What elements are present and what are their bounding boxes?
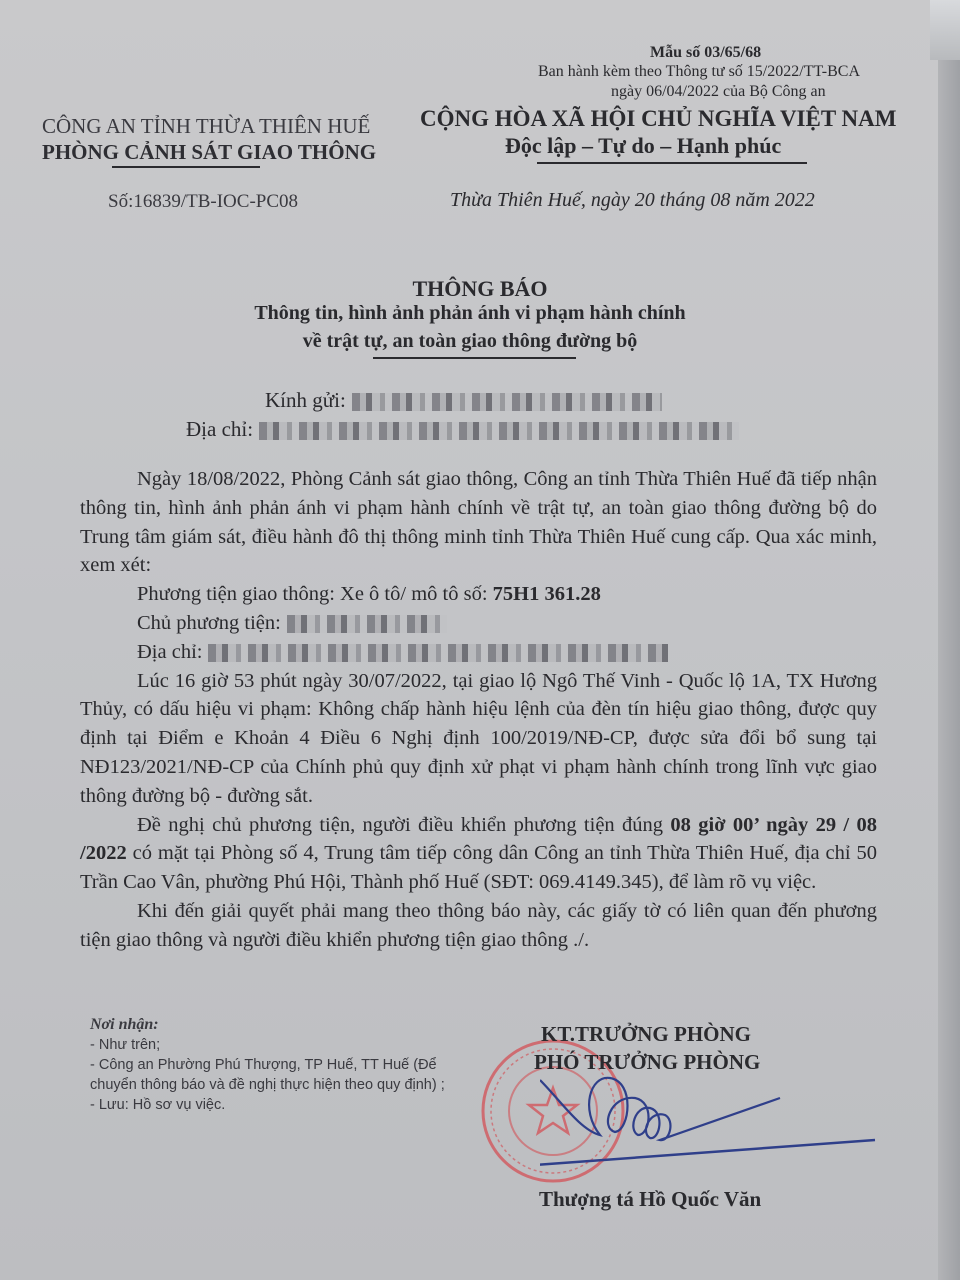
intro-paragraph: Ngày 18/08/2022, Phòng Cảnh sát giao thô… bbox=[80, 465, 877, 580]
redacted-owner bbox=[287, 615, 447, 633]
violation-paragraph: Lúc 16 giờ 53 phút ngày 30/07/2022, tại … bbox=[80, 667, 877, 811]
closing-paragraph: Khi đến giải quyết phải mang theo thông … bbox=[80, 897, 877, 955]
department-name: PHÒNG CẢNH SÁT GIAO THÔNG bbox=[42, 140, 376, 165]
recipient-address-line: Địa chỉ: bbox=[186, 417, 739, 442]
recipient-item: - Như trên; bbox=[90, 1035, 450, 1055]
form-reference-line1: Ban hành kèm theo Thông tư số 15/2022/TT… bbox=[538, 63, 860, 81]
document-subtitle-line2: về trật tự, an toàn giao thông đường bộ bbox=[0, 330, 940, 353]
motto-underline bbox=[537, 162, 807, 164]
signature-title-line1: KT.TRƯỞNG PHÒNG bbox=[541, 1022, 751, 1047]
address-label: Địa chỉ: bbox=[186, 417, 253, 441]
body-text: Ngày 18/08/2022, Phòng Cảnh sát giao thô… bbox=[80, 465, 877, 955]
national-title: CỘNG HÒA XÃ HỘI CHỦ NGHĨA VIỆT NAM bbox=[420, 106, 896, 132]
owner-address-label: Địa chỉ: bbox=[137, 641, 202, 663]
place-date: Thừa Thiên Huế, ngày 20 tháng 08 năm 202… bbox=[450, 189, 815, 212]
document-number: Số:16839/TB-IOC-PC08 bbox=[108, 191, 298, 213]
document-subtitle-line1: Thông tin, hình ảnh phản ánh vi phạm hàn… bbox=[0, 302, 940, 325]
recipient-line: Kính gửi: bbox=[265, 388, 662, 413]
redacted-address bbox=[259, 422, 739, 440]
recipients-heading: Nơi nhận: bbox=[90, 1015, 450, 1035]
redacted-recipient bbox=[352, 393, 662, 411]
signer-name: Thượng tá Hồ Quốc Văn bbox=[539, 1187, 761, 1212]
document-title: THÔNG BÁO bbox=[0, 276, 960, 302]
paper-edge bbox=[938, 0, 960, 1280]
vehicle-line: Phương tiện giao thông: Xe ô tô/ mô tô s… bbox=[80, 580, 877, 609]
paper-corner bbox=[930, 0, 960, 60]
vehicle-label: Phương tiện giao thông: Xe ô tô/ mô tô s… bbox=[137, 583, 488, 605]
recipient-label: Kính gửi: bbox=[265, 388, 346, 412]
form-reference-line2: ngày 06/04/2022 của Bộ Công an bbox=[611, 83, 826, 101]
handwritten-signature bbox=[540, 1070, 880, 1180]
recipient-item: - Công an Phường Phú Thượng, TP Huế, TT … bbox=[90, 1055, 450, 1095]
agency-underline bbox=[112, 166, 260, 168]
national-motto: Độc lập – Tự do – Hạnh phúc bbox=[505, 133, 781, 159]
redacted-owner-address bbox=[208, 644, 668, 662]
subtitle-underline bbox=[373, 357, 576, 359]
owner-label: Chủ phương tiện: bbox=[137, 612, 281, 634]
owner-address-line: Địa chỉ: bbox=[80, 638, 877, 667]
owner-line: Chủ phương tiện: bbox=[80, 609, 877, 638]
recipients-block: Nơi nhận: - Như trên; - Công an Phường P… bbox=[90, 1015, 450, 1115]
request-prefix: Đề nghị chủ phương tiện, người điều khiể… bbox=[137, 814, 663, 836]
vehicle-plate: 75H1 361.28 bbox=[493, 583, 601, 605]
request-suffix: có mặt tại Phòng số 4, Trung tâm tiếp cô… bbox=[80, 842, 877, 893]
form-number: Mẫu số 03/65/68 bbox=[650, 44, 761, 62]
request-paragraph: Đề nghị chủ phương tiện, người điều khiể… bbox=[80, 811, 877, 897]
recipient-item: - Lưu: Hồ sơ vụ việc. bbox=[90, 1095, 450, 1115]
agency-name: CÔNG AN TỈNH THỪA THIÊN HUẾ bbox=[42, 114, 370, 139]
